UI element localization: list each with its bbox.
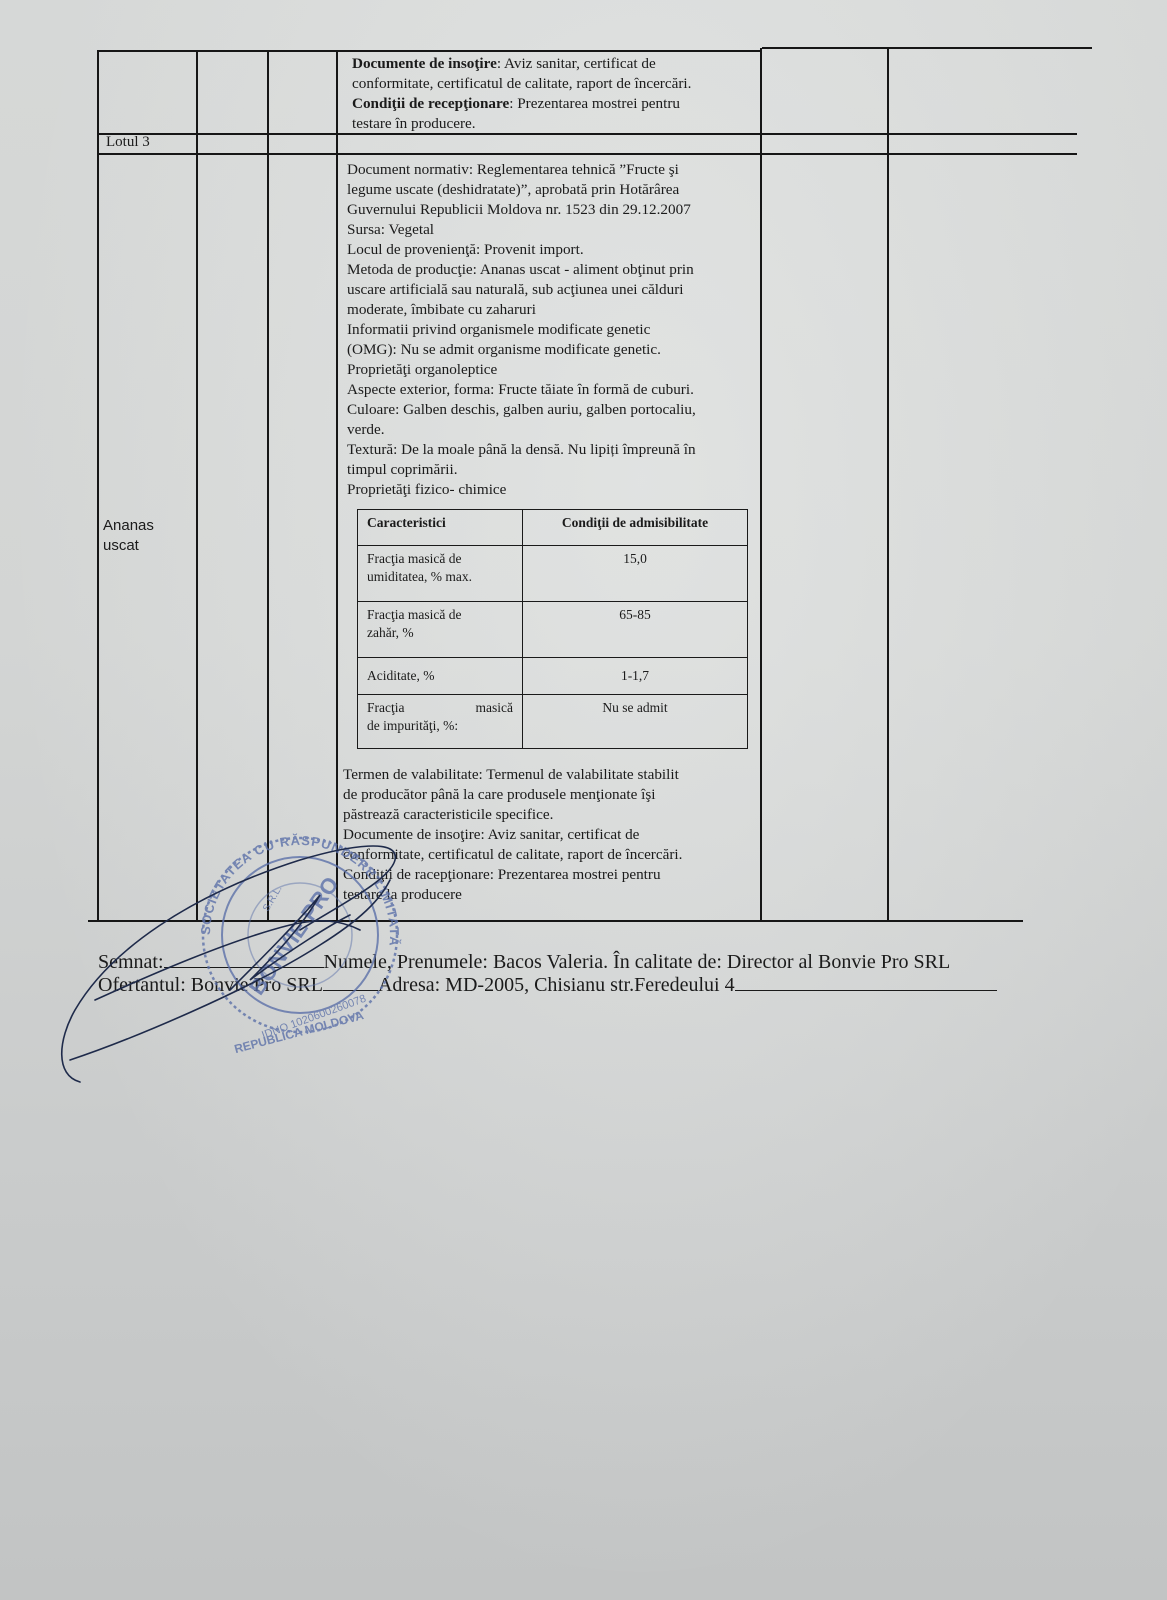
top-docs-line-2: conformitate, certificatul de calitate, …: [352, 74, 691, 94]
top-cond-line-2: testare în producere.: [352, 114, 476, 134]
docs-text: : Aviz sanitar, certificat de: [497, 55, 656, 72]
footer-bidder-line: Ofertantul: Bonvie Pro SRLAdresa: MD-200…: [98, 973, 997, 997]
desc-line: Textură: De la moale până la densă. Nu l…: [347, 440, 696, 460]
desc-line: Metoda de producţie: Ananas uscat - alim…: [347, 260, 694, 280]
after-line: conformitate, certificatul de calitate, …: [343, 845, 682, 865]
characteristic-line: de impurităţi, %:: [367, 718, 458, 733]
physchem-row: Aciditate, % 1-1,7: [358, 658, 748, 695]
characteristic-cell: Fracţia masică de zahăr, %: [358, 602, 523, 658]
desc-line: Guvernului Republicii Moldova nr. 1523 d…: [347, 200, 691, 220]
characteristic-cell: Aciditate, %: [358, 658, 523, 695]
characteristic-cell: Fracţia masică de umiditatea, % max.: [358, 546, 523, 602]
address-blank: [735, 974, 997, 991]
bidder-label: Ofertantul: Bonvie Pro SRL: [98, 974, 323, 996]
col-line-5: [760, 48, 762, 920]
svg-text:REPUBLICA MOLDOVA: REPUBLICA MOLDOVA: [233, 1008, 366, 1056]
address-text: Adresa: MD-2005, Chisianu str.Feredeului…: [378, 974, 735, 996]
after-line: păstrează caracteristicile specifice.: [343, 805, 553, 825]
row-divider-lot: [97, 133, 1077, 135]
product-name-line-2: uscat: [103, 536, 139, 556]
after-line: de producător până la care produsele men…: [343, 785, 655, 805]
svg-text:IDNO 1020600260078: IDNO 1020600260078: [260, 993, 368, 1042]
desc-line: timpul coprimării.: [347, 460, 458, 480]
desc-line: Culoare: Galben deschis, galben auriu, g…: [347, 400, 696, 420]
characteristic-line: Fracţia masică: [367, 699, 513, 717]
desc-line: Sursa: Vegetal: [347, 220, 434, 240]
col-line-1: [97, 50, 99, 920]
physchem-header-row: Caracteristici Condiţii de admisibilitat…: [358, 510, 748, 546]
characteristic-line: zahăr, %: [367, 625, 414, 640]
after-line: testare la producere: [343, 885, 462, 905]
desc-line: Document normativ: Reglementarea tehnică…: [347, 160, 679, 180]
characteristic-line: umiditatea, % max.: [367, 569, 472, 584]
physchem-table: Caracteristici Condiţii de admisibilitat…: [357, 509, 748, 749]
svg-text:S.R.L.: S.R.L.: [261, 884, 284, 914]
docs-label: Documente de insoţire: [352, 55, 497, 72]
col-line-6: [887, 47, 889, 921]
table-top-border-right: [762, 47, 1092, 49]
cond-label: Condiţii de recepţionare: [352, 95, 509, 112]
top-docs-line-1: Documente de insoţire: Aviz sanitar, cer…: [352, 54, 656, 74]
desc-line: Locul de provenienţă: Provenit import.: [347, 240, 584, 260]
row-divider-product: [97, 153, 1077, 155]
signed-label: Semnat:: [98, 951, 164, 973]
desc-line: moderate, îmbibate cu zaharuri: [347, 300, 536, 320]
name-text: Numele, Prenumele: Bacos Valeria. În cal…: [324, 951, 951, 973]
table-bottom-border: [88, 920, 1023, 922]
col-line-3: [267, 50, 269, 920]
characteristic-line: Fracţia masică de: [367, 551, 461, 566]
value-cell: 1-1,7: [523, 658, 748, 695]
desc-line: Proprietăţi fizico- chimice: [347, 480, 506, 500]
lot-label: Lotul 3: [106, 134, 150, 151]
col-line-4: [336, 50, 338, 920]
footer-signed-line: Semnat:Numele, Prenumele: Bacos Valeria.…: [98, 950, 950, 974]
product-name-line-1: Ananas: [103, 516, 154, 536]
desc-line: verde.: [347, 420, 385, 440]
header-characteristics: Caracteristici: [358, 510, 523, 546]
desc-line: uscare artificială sau naturală, sub acţ…: [347, 280, 684, 300]
value-cell: Nu se admit: [523, 695, 748, 749]
physchem-row: Fracţia masică de zahăr, % 65-85: [358, 602, 748, 658]
after-line: Documente de insoţire: Aviz sanitar, cer…: [343, 825, 639, 845]
desc-line: Aspecte exterior, forma: Fructe tăiate î…: [347, 380, 694, 400]
characteristic-cell: Fracţia masică de impurităţi, %:: [358, 695, 523, 749]
value-cell: 65-85: [523, 602, 748, 658]
col-line-2: [196, 50, 198, 920]
desc-line: (OMG): Nu se admit organisme modificate …: [347, 340, 661, 360]
desc-line: legume uscate (deshidratate)”, aprobată …: [347, 180, 679, 200]
desc-line: Informatii privind organismele modificat…: [347, 320, 650, 340]
after-line: Condiţii de racepţionare: Prezentarea mo…: [343, 865, 661, 885]
signature-blank: [164, 951, 324, 968]
desc-line: Proprietăţi organoleptice: [347, 360, 497, 380]
characteristic-line: Fracţia masică de: [367, 607, 461, 622]
value-cell: 15,0: [523, 546, 748, 602]
physchem-row: Fracţia masică de impurităţi, %: Nu se a…: [358, 695, 748, 749]
top-cond-line-1: Condiţii de recepţionare: Prezentarea mo…: [352, 94, 680, 114]
physchem-row: Fracţia masică de umiditatea, % max. 15,…: [358, 546, 748, 602]
header-conditions: Condiţii de admisibilitate: [523, 510, 748, 546]
cond-text: : Prezentarea mostrei pentru: [509, 95, 680, 112]
after-line: Termen de valabilitate: Termenul de vala…: [343, 765, 679, 785]
bidder-blank: [323, 974, 378, 991]
